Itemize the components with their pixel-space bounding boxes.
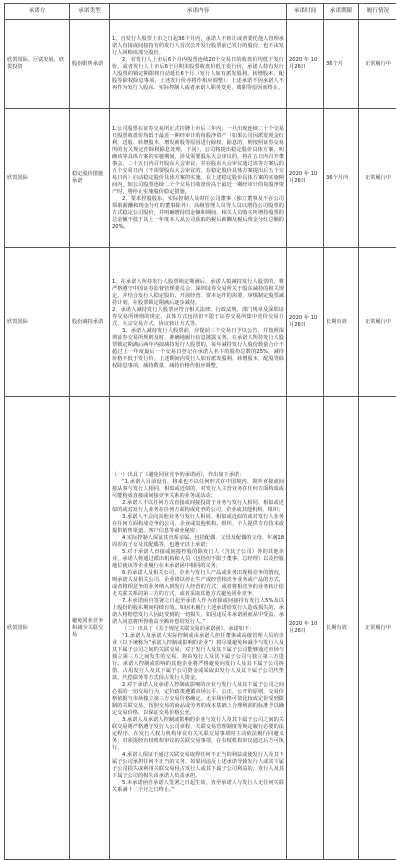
commitments-table: 承诺方 承诺类型 承诺内容 承诺时间 承诺期限 履行情况 欣贺国际、巨富发展、欣… [4,3,396,847]
cell-term: 长期有效 [324,248,359,397]
content-paragraph: 2、要求控股股东、实际控制人及时任公司董事（独立董事及不在公司领取薪酬和现金分红… [112,196,284,231]
cell-status: 正常履行中 [359,248,396,397]
cell-party: 欣贺国际 [5,248,70,397]
cell-party: 欣贺国际 [5,397,70,848]
cell-term: 长期有效 [324,397,359,848]
cell-content: 1、自发行人股票上市之日起36个月内，承诺人不转让或者委托他人管理承诺人直接或间… [110,20,287,109]
cell-content: 1、在承诺人所持发行人股票锁定期满后，承诺人拟减持发行人股票的，将严格遵守中国证… [110,248,287,397]
header-time: 承诺时间 [287,4,324,20]
cell-party: 欣贺国际 [5,109,70,248]
content-paragraph: 2、若发行人上市后6个月内股票连续20个交易日的收盘价均低于发行价，或者发行人上… [112,57,284,92]
header-term: 承诺期限 [324,4,359,20]
table-header-row: 承诺方 承诺类型 承诺内容 承诺时间 承诺期限 履行情况 [5,4,396,20]
table-row: 欣贺国际 稳定股价措施承诺 1.公司股票在证券交易所正式挂牌上市后三年内，一旦出… [5,109,396,248]
table-row: 欣贺国际、巨富发展、欣贺投资 股份限售承诺 1、自发行人股票上市之日起36个月内… [5,20,396,109]
cell-status: 正常履行中 [359,20,396,109]
content-paragraph: （二）出具了《关于规范关联交易的承诺函》，承诺如下： [112,626,284,633]
content-paragraph: 1、在承诺人所持发行人股票锁定期满后，承诺人拟减持发行人股票的，将严格遵守中国证… [112,279,284,307]
content-paragraph: “1.承诺人及承诺人实际控制或由承诺人担任董事或高级管理人员的企业（以下统称为“… [112,633,284,682]
cell-type: 股份限售承诺 [70,20,110,109]
cell-time: 2020 年 10 月26日 [287,20,324,109]
content-paragraph: 2.对于承诺人及承诺人控制或影响的企业与发行人及其下属子公司之间必需的一切交易行… [112,682,284,717]
header-status: 履行情况 [359,4,396,20]
cell-time: 2020 年 10 月26日 [287,248,324,397]
content-paragraph: 5.对于承诺人直接或间接控股的除发行人（含其子公司）外的其他企业，承诺人将通过派… [112,549,284,570]
cell-type: 股份减持承诺 [70,248,110,397]
content-paragraph: 1.公司股票在证券交易所正式挂牌上市后三年内，一旦出现连续二十个交易日股票收盘价… [112,126,284,196]
content-paragraph: 3.承诺人不会向其他业务与发行人相同、相似或近似的或对发行人业务在任何方面构成竞… [112,514,284,535]
content-paragraph: 1、自发行人股票上市之日起36个月内，承诺人不转让或者委托他人管理承诺人直接或间… [112,36,284,57]
table-row: 欣贺国际 避免同业竞争和减少关联交易 （一）出具了《避免同业竞争的承诺函》，作出… [5,397,396,848]
content-paragraph: 3、承诺人减持发行人股票前，应提前三个交易日予以公告，并按照深圳证券交易所规则及… [112,328,284,370]
cell-type: 稳定股价措施承诺 [70,109,110,248]
header-content: 承诺内容 [110,4,287,20]
cell-content: （一）出具了《避免同业竞争的承诺函》，作出如下承诺： “1.承诺人目前没有、将来… [110,397,287,848]
cell-status: 正常履行中 [359,397,396,848]
content-paragraph: 2、承诺人减持发行人股票应符合相关法律、行政法规、部门规章及深圳证券交易所规则的… [112,307,284,328]
content-paragraph: 4.实际控制人保证其直系亲属，包括配偶、父母及配偶的父母、年满18周岁的子女及其… [112,535,284,549]
content-paragraph: “1.承诺人目前没有、将来也不以任何形式在中国境内、境外直接或间接从事与发行人相… [112,479,284,500]
content-paragraph: 4.承诺人保证不通过关联交易取得任何不正当的利益或使发行人及其下属子公司承担任何… [112,752,284,780]
cell-term: 36个月内 [324,109,359,248]
content-paragraph: 7.本承诺函自签署之日起至承诺人作为直接或间接持有发行人5%及以上股份的股东期间… [112,598,284,626]
cell-time: 2020 年 10 月26日 [287,397,324,848]
cell-type: 避免同业竞争和减少关联交易 [70,397,110,848]
cell-content: 1.公司股票在证券交易所正式挂牌上市后三年内，一旦出现连续二十个交易日股票收盘价… [110,109,287,248]
cell-status: 正常履行中 [359,109,396,248]
content-paragraph: 2.承诺人不以任何方式直接或间接投资于业务与发行人相同、相似或近似的或对发行人业… [112,500,284,514]
cell-time: 2020 年 10 月26日 [287,109,324,248]
content-paragraph: 3.承诺人及承诺人控制或影响的企业与发行人及其下属子公司之间的关联交易将严格遵守… [112,717,284,752]
table-row: 欣贺国际 股份减持承诺 1、在承诺人所持发行人股票锁定期满后，承诺人拟减持发行人… [5,248,396,397]
content-paragraph: （一）出具了《避免同业竞争的承诺函》，作出如下承诺： [112,472,284,479]
header-type: 承诺类型 [70,4,110,20]
content-paragraph: 5.本承诺函自承诺人签署之日起生效，直至承诺人与发行人无任何关联关系满十二个月之… [112,780,284,794]
header-party: 承诺方 [5,4,70,20]
content-paragraph: 6.若承诺人及相关公司、企业与发行人产品或业务出现相竞争的情况，则承诺人及相关公… [112,570,284,598]
cell-party: 欣贺国际、巨富发展、欣贺投资 [5,20,70,109]
cell-term: 36个月 [324,20,359,109]
